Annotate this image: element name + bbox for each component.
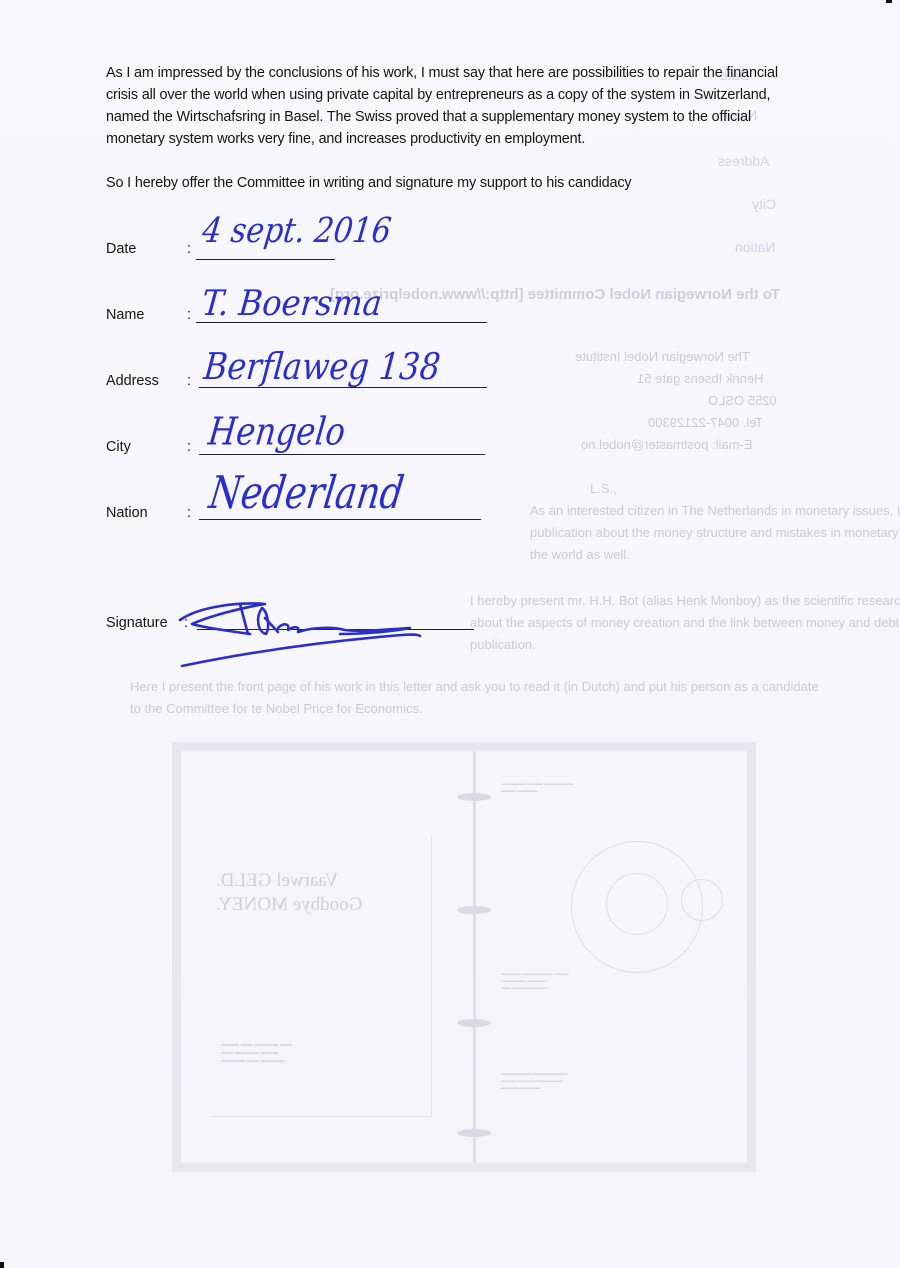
show-through-label: Nation [735, 236, 775, 258]
spine-knob [457, 906, 491, 914]
separator: : [187, 505, 191, 521]
nation-handwritten-value: Nederland [206, 468, 407, 519]
cover-diagram-circle [681, 879, 723, 921]
cover-blurb: ▬▬▬ ▬▬ ▬▬▬▬ ▬▬▬▬ ▬▬▬▬ ▬▬▬▬▬▬▬ ▬▬ ▬▬▬▬ [221, 1041, 421, 1065]
show-through-address: Henrik Ibsens gate 51 [637, 368, 763, 390]
separator: : [187, 373, 191, 389]
cover-fineprint: ▬▬▬▬▬▬ ▬▬▬▬▬▬▬▬▬▬ ▬▬▬▬▬▬▬▬▬▬▬▬▬▬▬▬▬ [501, 1071, 721, 1092]
handwritten-signature [170, 598, 430, 673]
show-through-salutation: L.S., [590, 478, 617, 500]
show-through-address: Tel. 0047-22129300 [648, 412, 763, 434]
spine-knob [457, 1019, 491, 1027]
signature-label: Signature [106, 615, 168, 631]
separator: : [187, 241, 191, 257]
city-line [199, 454, 485, 455]
date-label: Date [106, 241, 136, 257]
scan-edge-mark [886, 0, 892, 3]
show-through-heading: To the Norwegian Nobel Committee [http:/… [330, 284, 780, 306]
show-through-address: The Norwegian Nobel Institute [575, 346, 750, 368]
cover-diagram-circle [606, 873, 668, 935]
city-label: City [106, 439, 131, 455]
book-title: Vaarwel GELD. Goodbye MONEY. [216, 869, 431, 917]
scan-edge-mark [0, 1262, 4, 1268]
address-handwritten-value: Berflaweg 138 [202, 344, 442, 388]
date-line [196, 259, 335, 260]
date-handwritten-value: 4 sept. 2016 [200, 211, 393, 251]
spine-knob [457, 1129, 491, 1137]
letter-body: As I am impressed by the conclusions of … [106, 62, 806, 194]
nation-line [199, 519, 481, 520]
show-through-address: E-mail: postmaster@nobel.no [581, 434, 752, 456]
book-title-line: Goodbye MONEY. [216, 893, 431, 917]
name-handwritten-value: T. Boersma [200, 282, 384, 324]
show-through-label: City [752, 193, 776, 215]
address-label: Address [106, 373, 159, 389]
show-through-paragraph: As an interested citizen in The Netherla… [530, 500, 900, 566]
nation-label: Nation [106, 505, 148, 521]
separator: : [187, 439, 191, 455]
show-through-address: 0255 OSLO [708, 390, 777, 412]
cover-spine [473, 751, 476, 1163]
letter-paragraph: As I am impressed by the conclusions of … [106, 62, 806, 150]
scanned-page: Date Name Address City Nation To the Nor… [0, 0, 892, 1266]
show-through-paragraph: I hereby present mr. H.H. Bot (alias Hen… [470, 590, 900, 656]
letter-paragraph: So I hereby offer the Committee in writi… [106, 172, 806, 194]
book-title-line: Vaarwel GELD. [216, 869, 431, 893]
spine-knob [457, 793, 491, 801]
show-through-book-cover: Vaarwel GELD. Goodbye MONEY. ▬▬▬ ▬▬ ▬▬▬▬… [172, 742, 756, 1172]
separator: : [187, 307, 191, 323]
cover-fineprint: ▬▬▬▬▬ ▬▬▬ ▬▬▬▬▬▬▬▬▬ ▬▬▬▬ [501, 781, 721, 795]
cover-fineprint: ▬▬▬▬ ▬▬▬▬▬▬ ▬▬▬▬▬▬▬▬ ▬▬▬▬▬▬ ▬▬▬▬▬▬▬ [501, 971, 721, 992]
city-handwritten-value: Hengelo [206, 408, 348, 454]
show-through-paragraph: Here I present the front page of his wor… [130, 676, 830, 720]
name-label: Name [106, 307, 144, 323]
